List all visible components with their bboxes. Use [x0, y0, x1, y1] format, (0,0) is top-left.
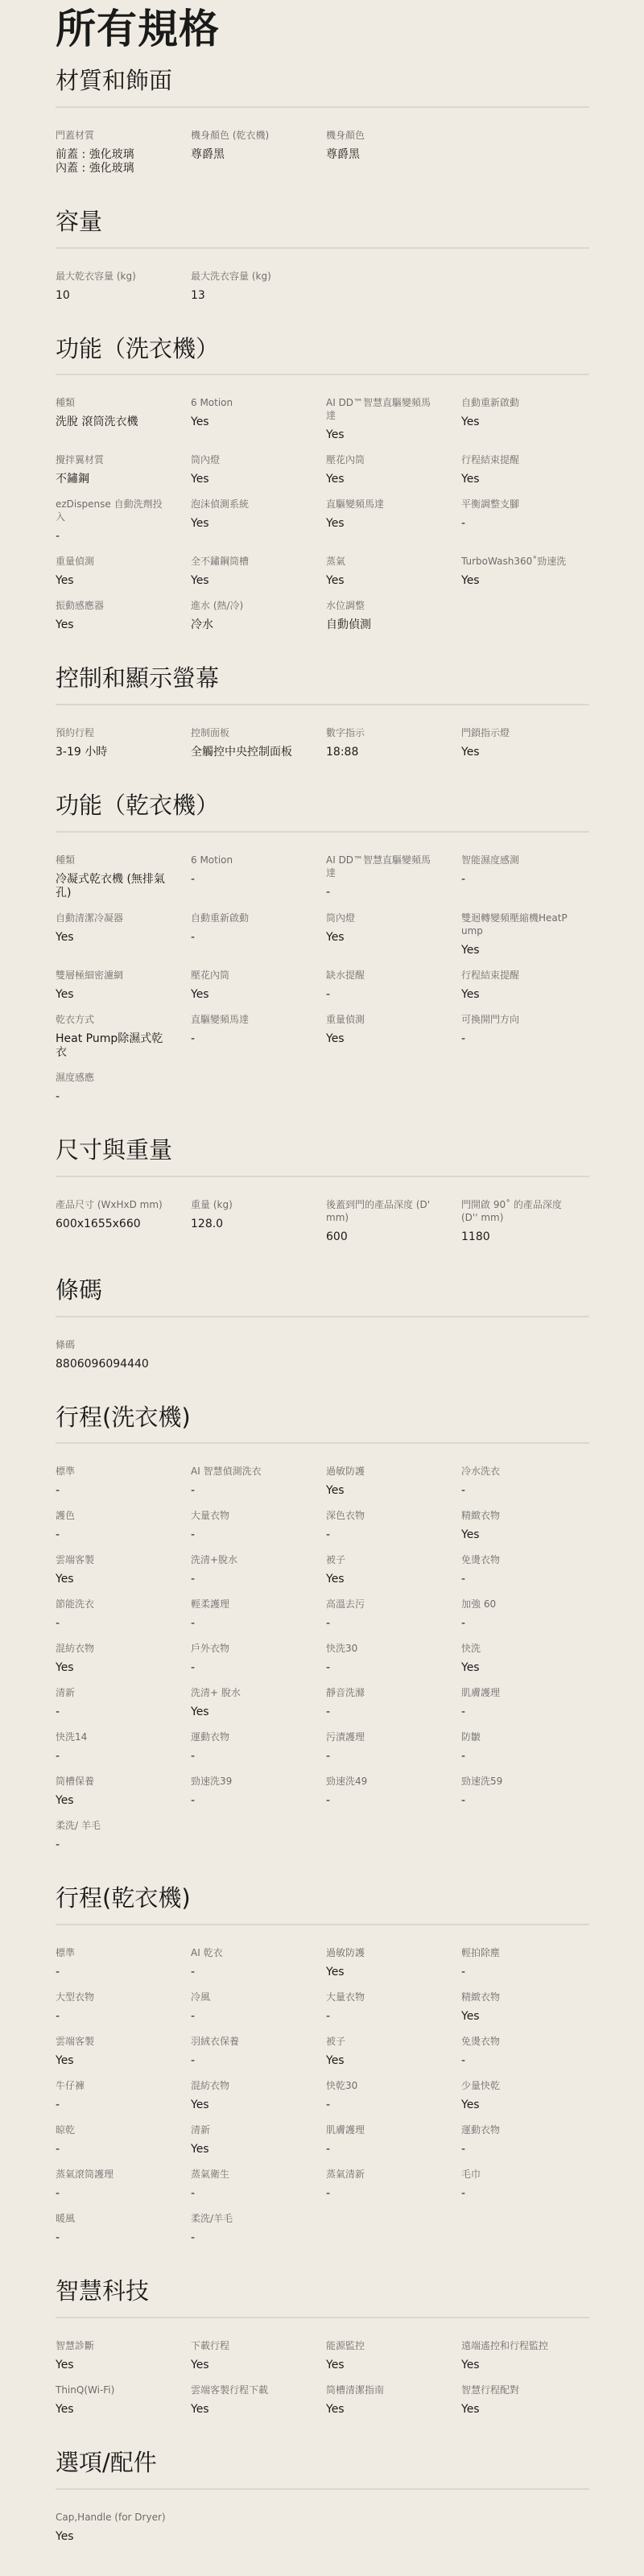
- spec-value: Yes: [191, 2403, 302, 2417]
- spec-value: Yes: [56, 2359, 167, 2372]
- spec-section: 功能（洗衣機）種類洗脫 滾筒洗衣機6 MotionYesAI DD™智慧直驅變頻…: [56, 335, 589, 665]
- spec-value: 全觸控中央控制面板: [191, 746, 302, 759]
- spec-label: 機身顏色 (乾衣機): [191, 129, 302, 142]
- spec-item: 洗清+ 脫水Yes: [191, 1686, 326, 1719]
- spec-label: 免燙衣物: [461, 1553, 572, 1566]
- spec-value: 尊爵黑: [191, 148, 302, 162]
- spec-item: 雲端客製Yes: [56, 1553, 191, 1586]
- spec-item: 數字指示18:88: [326, 726, 461, 759]
- spec-label: 柔洗/羊毛: [191, 2212, 302, 2225]
- spec-value: Yes: [191, 416, 302, 429]
- spec-label: 6 Motion: [191, 396, 302, 409]
- spec-label: 蒸氣滾筒護理: [56, 2168, 167, 2181]
- spec-item: 大量衣物-: [326, 1991, 461, 2024]
- spec-item: 快洗30-: [326, 1642, 461, 1675]
- spec-item: 門開啟 90˚ 的產品深度 (D'' mm)1180: [461, 1198, 597, 1244]
- spec-label: 筒內燈: [326, 912, 437, 924]
- spec-item: 6 Motion-: [191, 854, 326, 900]
- spec-label: 洗清+脫水: [191, 1553, 302, 1566]
- spec-value: -: [191, 931, 302, 945]
- spec-label: 運動衣物: [461, 2123, 572, 2136]
- spec-item: 預約行程3-19 小時: [56, 726, 191, 759]
- spec-grid: 種類冷凝式乾衣機 (無排氣孔)6 Motion-AI DD™智慧直驅變頻馬達-智…: [56, 833, 589, 1136]
- spec-section: 智慧科技智慧診斷Yes下載行程Yes能源監控Yes遠端遙控和行程監控YesThi…: [56, 2277, 589, 2449]
- spec-item: 筒槽保養Yes: [56, 1775, 191, 1808]
- spec-label: 快洗: [461, 1642, 572, 1655]
- spec-item: 精緻衣物Yes: [461, 1509, 597, 1542]
- spec-label: 少量快乾: [461, 2079, 572, 2092]
- spec-value: -: [326, 2143, 437, 2156]
- spec-value: -: [326, 1617, 437, 1631]
- spec-page: 所有規格 材質和飾面門蓋材質前蓋 : 強化玻璃 內蓋 : 強化玻璃機身顏色 (乾…: [0, 0, 644, 2576]
- spec-section: 行程(洗衣機)標準-AI 智慧偵測洗衣-過敏防護Yes冷水洗衣-護色-大量衣物-…: [56, 1404, 589, 1885]
- spec-value: 600: [326, 1230, 437, 1244]
- spec-item: 晾乾-: [56, 2123, 191, 2156]
- spec-label: 行程結束提醒: [461, 453, 572, 466]
- spec-item: 雲端客製行程下載Yes: [191, 2384, 326, 2417]
- spec-value: Yes: [191, 574, 302, 588]
- spec-item: 混紡衣物Yes: [56, 1642, 191, 1675]
- spec-item: 雲端客製Yes: [56, 2035, 191, 2068]
- spec-value: -: [461, 2143, 572, 2156]
- spec-value: -: [191, 2054, 302, 2068]
- spec-label: 門蓋材質: [56, 129, 167, 142]
- spec-value: Yes: [461, 2403, 572, 2417]
- spec-label: 污漬護理: [326, 1730, 437, 1743]
- spec-item: 條碼8806096094440: [56, 1338, 191, 1371]
- spec-value: Yes: [326, 1966, 437, 1979]
- spec-label: 乾衣方式: [56, 1013, 167, 1026]
- spec-label: 重量偵測: [326, 1013, 437, 1026]
- spec-label: 快乾30: [326, 2079, 437, 2092]
- spec-item: 自動重新啟動Yes: [461, 396, 597, 442]
- spec-value: -: [326, 2187, 437, 2201]
- spec-grid: 條碼8806096094440: [56, 1317, 589, 1404]
- spec-label: 節能洗衣: [56, 1598, 167, 1611]
- spec-item: 污漬護理-: [326, 1730, 461, 1764]
- spec-label: 最大洗衣容量 (kg): [191, 270, 302, 283]
- spec-item: 靜音洗滌-: [326, 1686, 461, 1719]
- spec-value: -: [326, 2010, 437, 2024]
- spec-item: 自動清潔冷凝器Yes: [56, 912, 191, 957]
- spec-label: 大量衣物: [326, 1991, 437, 2003]
- spec-label: 筒槽清潔指南: [326, 2384, 437, 2396]
- spec-item: 進水 (熱/冷)冷水: [191, 599, 326, 632]
- spec-value: Yes: [326, 473, 437, 486]
- spec-item: 種類冷凝式乾衣機 (無排氣孔): [56, 854, 191, 900]
- spec-item: AI DD™智慧直驅變頻馬達-: [326, 854, 461, 900]
- spec-item: 重量偵測Yes: [56, 555, 191, 588]
- spec-value: -: [326, 886, 437, 899]
- spec-value: -: [56, 2231, 167, 2245]
- spec-section: 條碼條碼8806096094440: [56, 1276, 589, 1404]
- spec-label: 全不鏽鋼筒槽: [191, 555, 302, 568]
- spec-section: 尺寸與重量產品尺寸 (WxHxD mm)600x1655x660重量 (kg)1…: [56, 1136, 589, 1276]
- spec-value: Yes: [461, 2359, 572, 2372]
- spec-value: -: [461, 1617, 572, 1631]
- spec-item: 行程結束提醒Yes: [461, 969, 597, 1002]
- spec-value: -: [191, 2010, 302, 2024]
- spec-label: 加強 60: [461, 1598, 572, 1611]
- section-title: 容量: [56, 208, 589, 249]
- spec-item: 最大洗衣容量 (kg)13: [191, 270, 326, 303]
- spec-value: -: [56, 1090, 167, 1104]
- spec-item: 能源監控Yes: [326, 2339, 461, 2372]
- spec-label: 大型衣物: [56, 1991, 167, 2003]
- spec-value: Yes: [326, 2403, 437, 2417]
- spec-value: 18:88: [326, 746, 437, 759]
- spec-label: 條碼: [56, 1338, 167, 1351]
- spec-value: -: [56, 2187, 167, 2201]
- spec-item: 後蓋到門的產品深度 (D' mm)600: [326, 1198, 461, 1244]
- spec-value: -: [326, 1794, 437, 1808]
- spec-value: Yes: [56, 2054, 167, 2068]
- spec-value: Yes: [461, 1661, 572, 1675]
- spec-item: 蒸氣滾筒護理-: [56, 2168, 191, 2201]
- spec-label: 輕拍除塵: [461, 1946, 572, 1959]
- spec-value: -: [56, 2098, 167, 2112]
- spec-label: 柔洗/ 羊毛: [56, 1819, 167, 1832]
- spec-item: 高溫去污-: [326, 1598, 461, 1631]
- spec-value: 冷凝式乾衣機 (無排氣孔): [56, 873, 167, 900]
- spec-label: 大量衣物: [191, 1509, 302, 1522]
- spec-label: 牛仔褲: [56, 2079, 167, 2092]
- spec-value: -: [461, 1750, 572, 1764]
- spec-value: -: [461, 1794, 572, 1808]
- spec-item: 雙層極細密濾網Yes: [56, 969, 191, 1002]
- spec-label: 雲端客製: [56, 1553, 167, 1566]
- spec-value: 不鏽鋼: [56, 473, 167, 486]
- spec-value: -: [461, 1706, 572, 1719]
- spec-value: Yes: [191, 2359, 302, 2372]
- spec-label: 最大乾衣容量 (kg): [56, 270, 167, 283]
- spec-label: 免燙衣物: [461, 2035, 572, 2048]
- spec-value: Yes: [56, 988, 167, 1002]
- spec-value: -: [191, 1750, 302, 1764]
- spec-value: Yes: [326, 1032, 437, 1046]
- spec-value: -: [461, 2054, 572, 2068]
- spec-item: 水位調整自動偵測: [326, 599, 461, 632]
- spec-label: AI DD™智慧直驅變頻馬達: [326, 854, 437, 879]
- spec-label: TurboWash360˚勁速洗: [461, 555, 572, 568]
- spec-item: 免燙衣物-: [461, 2035, 597, 2068]
- spec-label: 直驅變頻馬達: [191, 1013, 302, 1026]
- spec-label: 智慧行程配對: [461, 2384, 572, 2396]
- spec-item: 勁速洗39-: [191, 1775, 326, 1808]
- section-title: 行程(乾衣機): [56, 1884, 589, 1925]
- spec-label: 機身顏色: [326, 129, 437, 142]
- spec-value: -: [326, 988, 437, 1002]
- spec-item: 勁速洗49-: [326, 1775, 461, 1808]
- spec-label: 能源監控: [326, 2339, 437, 2352]
- spec-item: 冷水洗衣-: [461, 1465, 597, 1498]
- spec-item: 標準-: [56, 1946, 191, 1979]
- spec-item: 泡沫偵測系統Yes: [191, 498, 326, 544]
- spec-label: 深色衣物: [326, 1509, 437, 1522]
- spec-label: 清新: [56, 1686, 167, 1699]
- spec-item: 筒內燈Yes: [191, 453, 326, 486]
- spec-label: 產品尺寸 (WxHxD mm): [56, 1198, 167, 1211]
- spec-value: -: [56, 2010, 167, 2024]
- spec-item: 自動重新啟動-: [191, 912, 326, 957]
- spec-label: 過敏防護: [326, 1946, 437, 1959]
- spec-value: -: [191, 1528, 302, 1542]
- spec-label: 壓花內筒: [326, 453, 437, 466]
- spec-item: 毛巾-: [461, 2168, 597, 2201]
- spec-label: 筒內燈: [191, 453, 302, 466]
- spec-item: AI 乾衣-: [191, 1946, 326, 1979]
- spec-value: -: [56, 1617, 167, 1631]
- spec-label: 門鎖指示燈: [461, 726, 572, 739]
- spec-item: 雙迴轉變頻壓縮機HeatPumpYes: [461, 912, 597, 957]
- spec-item: 柔洗/羊毛-: [191, 2212, 326, 2245]
- spec-value: 冷水: [191, 618, 302, 632]
- spec-item: 全不鏽鋼筒槽Yes: [191, 555, 326, 588]
- spec-item: 門鎖指示燈Yes: [461, 726, 597, 759]
- spec-grid: 門蓋材質前蓋 : 強化玻璃 內蓋 : 強化玻璃機身顏色 (乾衣機)尊爵黑機身顏色…: [56, 108, 589, 208]
- spec-item: 機身顏色尊爵黑: [326, 129, 461, 176]
- section-title: 功能（乾衣機）: [56, 792, 589, 833]
- spec-item: 清新Yes: [191, 2123, 326, 2156]
- spec-item: 產品尺寸 (WxHxD mm)600x1655x660: [56, 1198, 191, 1244]
- spec-label: 種類: [56, 854, 167, 866]
- spec-grid: 智慧診斷Yes下載行程Yes能源監控Yes遠端遙控和行程監控YesThinQ(W…: [56, 2318, 589, 2449]
- spec-item: 下載行程Yes: [191, 2339, 326, 2372]
- spec-value: -: [191, 1484, 302, 1498]
- spec-label: 冷水洗衣: [461, 1465, 572, 1478]
- spec-item: 蒸氣衛生-: [191, 2168, 326, 2201]
- spec-grid: 種類洗脫 滾筒洗衣機6 MotionYesAI DD™智慧直驅變頻馬達Yes自動…: [56, 375, 589, 664]
- spec-item: 深色衣物-: [326, 1509, 461, 1542]
- spec-item: 被子Yes: [326, 2035, 461, 2068]
- spec-value: -: [56, 1838, 167, 1852]
- spec-item: 控制面板全觸控中央控制面板: [191, 726, 326, 759]
- spec-label: 被子: [326, 2035, 437, 2048]
- spec-value: -: [326, 1750, 437, 1764]
- spec-label: 晾乾: [56, 2123, 167, 2136]
- spec-value: -: [461, 517, 572, 531]
- spec-label: 泡沫偵測系統: [191, 498, 302, 511]
- spec-item: 濕度感應-: [56, 1071, 191, 1104]
- spec-label: 門開啟 90˚ 的產品深度 (D'' mm): [461, 1198, 572, 1224]
- spec-value: -: [56, 2143, 167, 2156]
- spec-label: 自動清潔冷凝器: [56, 912, 167, 924]
- spec-value: -: [326, 2098, 437, 2112]
- spec-value: Yes: [56, 1573, 167, 1586]
- spec-label: 快洗30: [326, 1642, 437, 1655]
- spec-section: 控制和顯示螢幕預約行程3-19 小時控制面板全觸控中央控制面板數字指示18:88…: [56, 664, 589, 792]
- spec-section: 行程(乾衣機)標準-AI 乾衣-過敏防護Yes輕拍除塵-大型衣物-冷風-大量衣物…: [56, 1884, 589, 2277]
- spec-label: 被子: [326, 1553, 437, 1566]
- spec-value: 13: [191, 289, 302, 303]
- section-title: 條碼: [56, 1276, 589, 1317]
- spec-value: -: [191, 2231, 302, 2245]
- spec-label: 肌膚護理: [461, 1686, 572, 1699]
- spec-item: 種類洗脫 滾筒洗衣機: [56, 396, 191, 442]
- spec-value: 600x1655x660: [56, 1218, 167, 1231]
- spec-value: 8806096094440: [56, 1358, 167, 1371]
- spec-label: 護色: [56, 1509, 167, 1522]
- spec-value: Yes: [326, 1573, 437, 1586]
- page-title: 所有規格: [56, 0, 589, 67]
- spec-label: 勁速洗59: [461, 1775, 572, 1788]
- spec-item: 混紡衣物Yes: [191, 2079, 326, 2112]
- spec-label: 智能濕度感測: [461, 854, 572, 866]
- spec-item: 快乾30-: [326, 2079, 461, 2112]
- spec-value: -: [326, 1706, 437, 1719]
- spec-item: 少量快乾Yes: [461, 2079, 597, 2112]
- spec-value: Yes: [326, 2054, 437, 2068]
- spec-item: 過敏防護Yes: [326, 1946, 461, 1979]
- spec-value: -: [461, 1484, 572, 1498]
- spec-item: 大量衣物-: [191, 1509, 326, 1542]
- spec-value: 3-19 小時: [56, 746, 167, 759]
- spec-value: 自動偵測: [326, 618, 437, 632]
- spec-section: 材質和飾面門蓋材質前蓋 : 強化玻璃 內蓋 : 強化玻璃機身顏色 (乾衣機)尊爵…: [56, 67, 589, 208]
- spec-item: 肌膚護理-: [326, 2123, 461, 2156]
- spec-value: -: [461, 1573, 572, 1586]
- spec-label: 羽絨衣保養: [191, 2035, 302, 2048]
- spec-item: ThinQ(Wi-Fi)Yes: [56, 2384, 191, 2417]
- spec-label: 自動重新啟動: [191, 912, 302, 924]
- spec-grid: 產品尺寸 (WxHxD mm)600x1655x660重量 (kg)128.0後…: [56, 1177, 589, 1276]
- section-title: 行程(洗衣機): [56, 1404, 589, 1445]
- spec-label: 缺水提醒: [326, 969, 437, 982]
- spec-value: -: [461, 873, 572, 887]
- spec-item: 蒸氣清新-: [326, 2168, 461, 2201]
- spec-value: 128.0: [191, 1218, 302, 1231]
- spec-item: 門蓋材質前蓋 : 強化玻璃 內蓋 : 強化玻璃: [56, 129, 191, 176]
- spec-item: 乾衣方式Heat Pump除濕式乾衣: [56, 1013, 191, 1060]
- spec-item: 冷風-: [191, 1991, 326, 2024]
- spec-value: Yes: [56, 618, 167, 632]
- section-title: 智慧科技: [56, 2277, 589, 2318]
- spec-value: -: [56, 1484, 167, 1498]
- spec-value: Yes: [191, 473, 302, 486]
- spec-item: 智慧行程配對Yes: [461, 2384, 597, 2417]
- spec-item: AI DD™智慧直驅變頻馬達Yes: [326, 396, 461, 442]
- spec-label: 行程結束提醒: [461, 969, 572, 982]
- spec-value: Yes: [461, 416, 572, 429]
- spec-label: 下載行程: [191, 2339, 302, 2352]
- spec-label: ezDispense 自動洗劑投入: [56, 498, 167, 523]
- spec-label: 運動衣物: [191, 1730, 302, 1743]
- spec-value: -: [191, 1573, 302, 1586]
- spec-item: TurboWash360˚勁速洗Yes: [461, 555, 597, 588]
- spec-item: 重量偵測Yes: [326, 1013, 461, 1060]
- spec-item: 筒內燈Yes: [326, 912, 461, 957]
- spec-value: -: [461, 1032, 572, 1046]
- spec-value: Yes: [461, 746, 572, 759]
- spec-grid: 最大乾衣容量 (kg)10最大洗衣容量 (kg)13: [56, 249, 589, 335]
- spec-value: -: [191, 1966, 302, 1979]
- spec-item: 智慧診斷Yes: [56, 2339, 191, 2372]
- spec-item: 快洗14-: [56, 1730, 191, 1764]
- section-title: 材質和飾面: [56, 67, 589, 108]
- spec-label: 雲端客製: [56, 2035, 167, 2048]
- spec-item: 運動衣物-: [191, 1730, 326, 1764]
- spec-label: 洗清+ 脫水: [191, 1686, 302, 1699]
- spec-value: -: [191, 2187, 302, 2201]
- spec-item: 快洗Yes: [461, 1642, 597, 1675]
- spec-grid: 標準-AI 智慧偵測洗衣-過敏防護Yes冷水洗衣-護色-大量衣物-深色衣物-精緻…: [56, 1444, 589, 1884]
- spec-item: 6 MotionYes: [191, 396, 326, 442]
- spec-value: 尊爵黑: [326, 148, 437, 162]
- spec-value: 洗脫 滾筒洗衣機: [56, 416, 167, 429]
- spec-value: -: [191, 1794, 302, 1808]
- spec-label: 毛巾: [461, 2168, 572, 2181]
- spec-value: Yes: [56, 574, 167, 588]
- spec-item: 大型衣物-: [56, 1991, 191, 2024]
- spec-item: 柔洗/ 羊毛-: [56, 1819, 191, 1852]
- spec-item: 過敏防護Yes: [326, 1465, 461, 1498]
- spec-label: 雙迴轉變頻壓縮機HeatPump: [461, 912, 572, 937]
- spec-item: 護色-: [56, 1509, 191, 1542]
- spec-item: 重量 (kg)128.0: [191, 1198, 326, 1244]
- spec-item: 攪拌翼材質不鏽鋼: [56, 453, 191, 486]
- spec-item: 平衡調整支腳-: [461, 498, 597, 544]
- spec-item: 壓花內筒Yes: [191, 969, 326, 1002]
- spec-value: Yes: [191, 1706, 302, 1719]
- spec-value: Yes: [326, 574, 437, 588]
- spec-value: Yes: [461, 988, 572, 1002]
- spec-label: 蒸氣清新: [326, 2168, 437, 2181]
- spec-item: 肌膚護理-: [461, 1686, 597, 1719]
- spec-value: -: [191, 873, 302, 887]
- spec-label: 振動感應器: [56, 599, 167, 612]
- spec-item: 清新-: [56, 1686, 191, 1719]
- section-title: 尺寸與重量: [56, 1136, 589, 1177]
- spec-value: -: [56, 1706, 167, 1719]
- spec-label: 雲端客製行程下載: [191, 2384, 302, 2396]
- spec-label: AI 乾衣: [191, 1946, 302, 1959]
- spec-label: AI DD™智慧直驅變頻馬達: [326, 396, 437, 422]
- spec-label: AI 智慧偵測洗衣: [191, 1465, 302, 1478]
- spec-label: 進水 (熱/冷): [191, 599, 302, 612]
- spec-section: 功能（乾衣機）種類冷凝式乾衣機 (無排氣孔)6 Motion-AI DD™智慧直…: [56, 792, 589, 1136]
- spec-label: 清新: [191, 2123, 302, 2136]
- spec-item: 行程結束提醒Yes: [461, 453, 597, 486]
- spec-label: 遠端遙控和行程監控: [461, 2339, 572, 2352]
- spec-item: 最大乾衣容量 (kg)10: [56, 270, 191, 303]
- spec-label: 攪拌翼材質: [56, 453, 167, 466]
- spec-item: 輕柔護理-: [191, 1598, 326, 1631]
- spec-value: Yes: [326, 428, 437, 442]
- spec-item: 免燙衣物-: [461, 1553, 597, 1586]
- spec-label: 自動重新啟動: [461, 396, 572, 409]
- spec-label: 雙層極細密濾網: [56, 969, 167, 982]
- spec-item: 暖風-: [56, 2212, 191, 2245]
- spec-item: 可換開門方向-: [461, 1013, 597, 1060]
- spec-value: Yes: [461, 473, 572, 486]
- spec-label: 混紡衣物: [191, 2079, 302, 2092]
- spec-item: 精緻衣物Yes: [461, 1991, 597, 2024]
- spec-label: 平衡調整支腳: [461, 498, 572, 511]
- spec-label: 預約行程: [56, 726, 167, 739]
- spec-value: -: [326, 1661, 437, 1675]
- spec-label: 防皺: [461, 1730, 572, 1743]
- spec-label: 數字指示: [326, 726, 437, 739]
- spec-item: 機身顏色 (乾衣機)尊爵黑: [191, 129, 326, 176]
- spec-item: 蒸氣Yes: [326, 555, 461, 588]
- spec-item: 缺水提醒-: [326, 969, 461, 1002]
- spec-label: 種類: [56, 396, 167, 409]
- section-title: 控制和顯示螢幕: [56, 664, 589, 705]
- spec-value: -: [191, 1032, 302, 1046]
- spec-value: Yes: [191, 517, 302, 531]
- spec-label: 精緻衣物: [461, 1509, 572, 1522]
- section-title: 功能（洗衣機）: [56, 335, 589, 376]
